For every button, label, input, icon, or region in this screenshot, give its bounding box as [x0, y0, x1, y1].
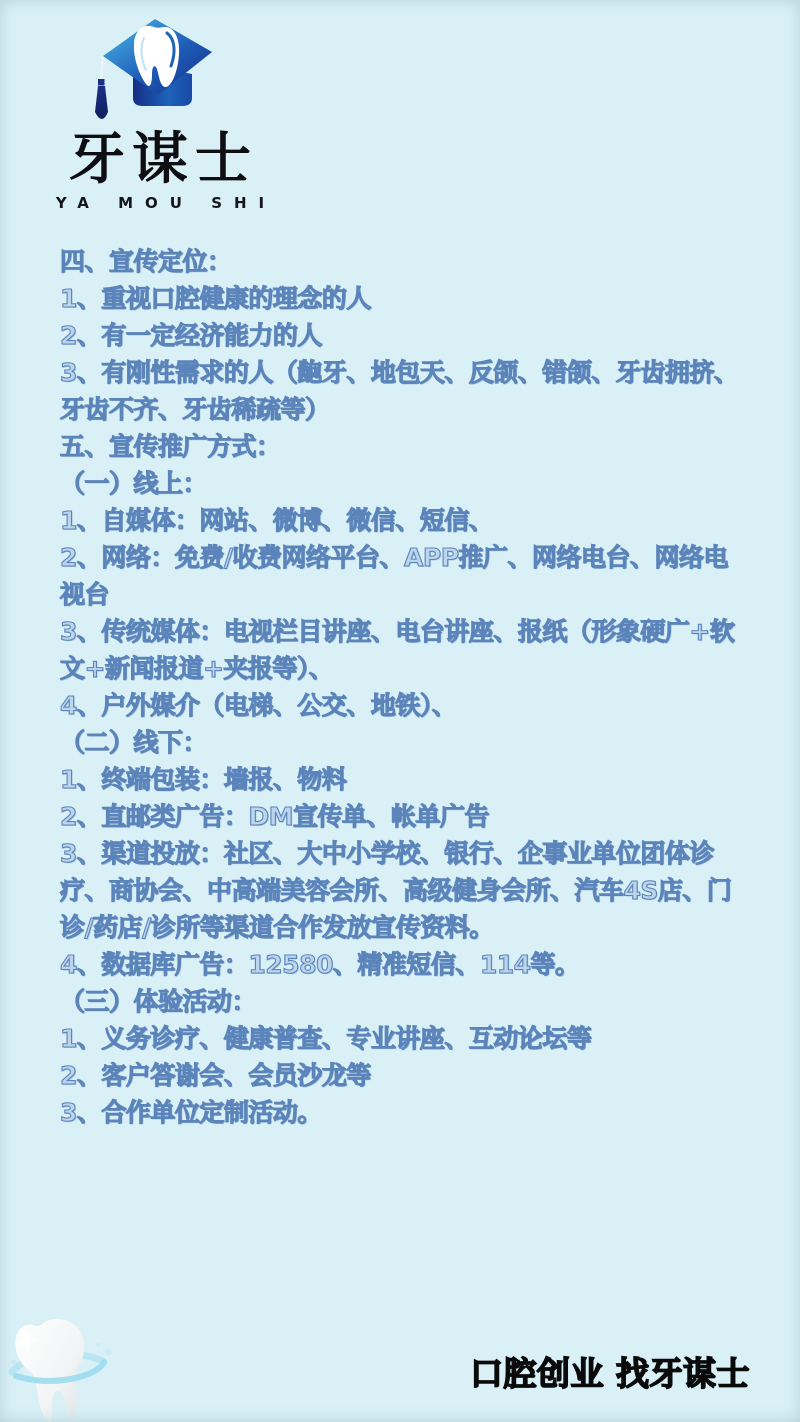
brand-name-cn: 牙谋士: [40, 132, 280, 188]
doc-line: 3、渠道投放：社区、大中小学校、银行、企事业单位团体诊疗、商协会、中高端美容会所…: [60, 835, 752, 946]
brand-logo: 牙谋士 YA MOU SHI: [40, 14, 280, 212]
doc-line: 2、网络：免费/收费网络平台、APP推广、网络电台、网络电视台: [60, 539, 752, 613]
doc-line: 2、客户答谢会、会员沙龙等: [60, 1057, 752, 1094]
doc-line: 四、宣传定位：: [60, 243, 752, 280]
doc-line: 1、义务诊疗、健康普查、专业讲座、互动论坛等: [60, 1020, 752, 1057]
flyer-page: 牙谋士 YA MOU SHI 四、宣传定位： 1、重视口腔健康的理念的人 2、有…: [0, 0, 800, 1422]
graduation-cap-tooth-icon: [40, 14, 280, 126]
doc-line: 3、传统媒体：电视栏目讲座、电台讲座、报纸（形象硬广+软文+新闻报道+夹报等）、: [60, 613, 752, 687]
doc-line: 1、自媒体：网站、微博、微信、短信、: [60, 502, 752, 539]
footer-slogan: 口腔创业 找牙谋士: [470, 1348, 750, 1395]
doc-line: 五、宣传推广方式：: [60, 428, 752, 465]
doc-line: （三）体验活动：: [60, 983, 752, 1020]
doc-line: 3、合作单位定制活动。: [60, 1094, 752, 1131]
brand-name-en: YA MOU SHI: [40, 194, 280, 212]
doc-line: 4、数据库广告：12580、精准短信、114等。: [60, 946, 752, 983]
doc-line: （二）线下：: [60, 724, 752, 761]
tooth-3d-icon: [6, 1308, 126, 1422]
doc-line: 1、重视口腔健康的理念的人: [60, 280, 752, 317]
doc-line: 4、户外媒介（电梯、公交、地铁）、: [60, 687, 752, 724]
doc-line: 2、直邮类广告：DM宣传单、帐单广告: [60, 798, 752, 835]
doc-line: 1、终端包装：墙报、物料: [60, 761, 752, 798]
doc-line: 3、有刚性需求的人（龅牙、地包天、反颌、错颌、牙齿拥挤、牙齿不齐、牙齿稀疏等）: [60, 354, 752, 428]
doc-line: （一）线上：: [60, 465, 752, 502]
doc-line: 2、有一定经济能力的人: [60, 317, 752, 354]
document-text: 四、宣传定位： 1、重视口腔健康的理念的人 2、有一定经济能力的人 3、有刚性需…: [60, 243, 752, 1131]
